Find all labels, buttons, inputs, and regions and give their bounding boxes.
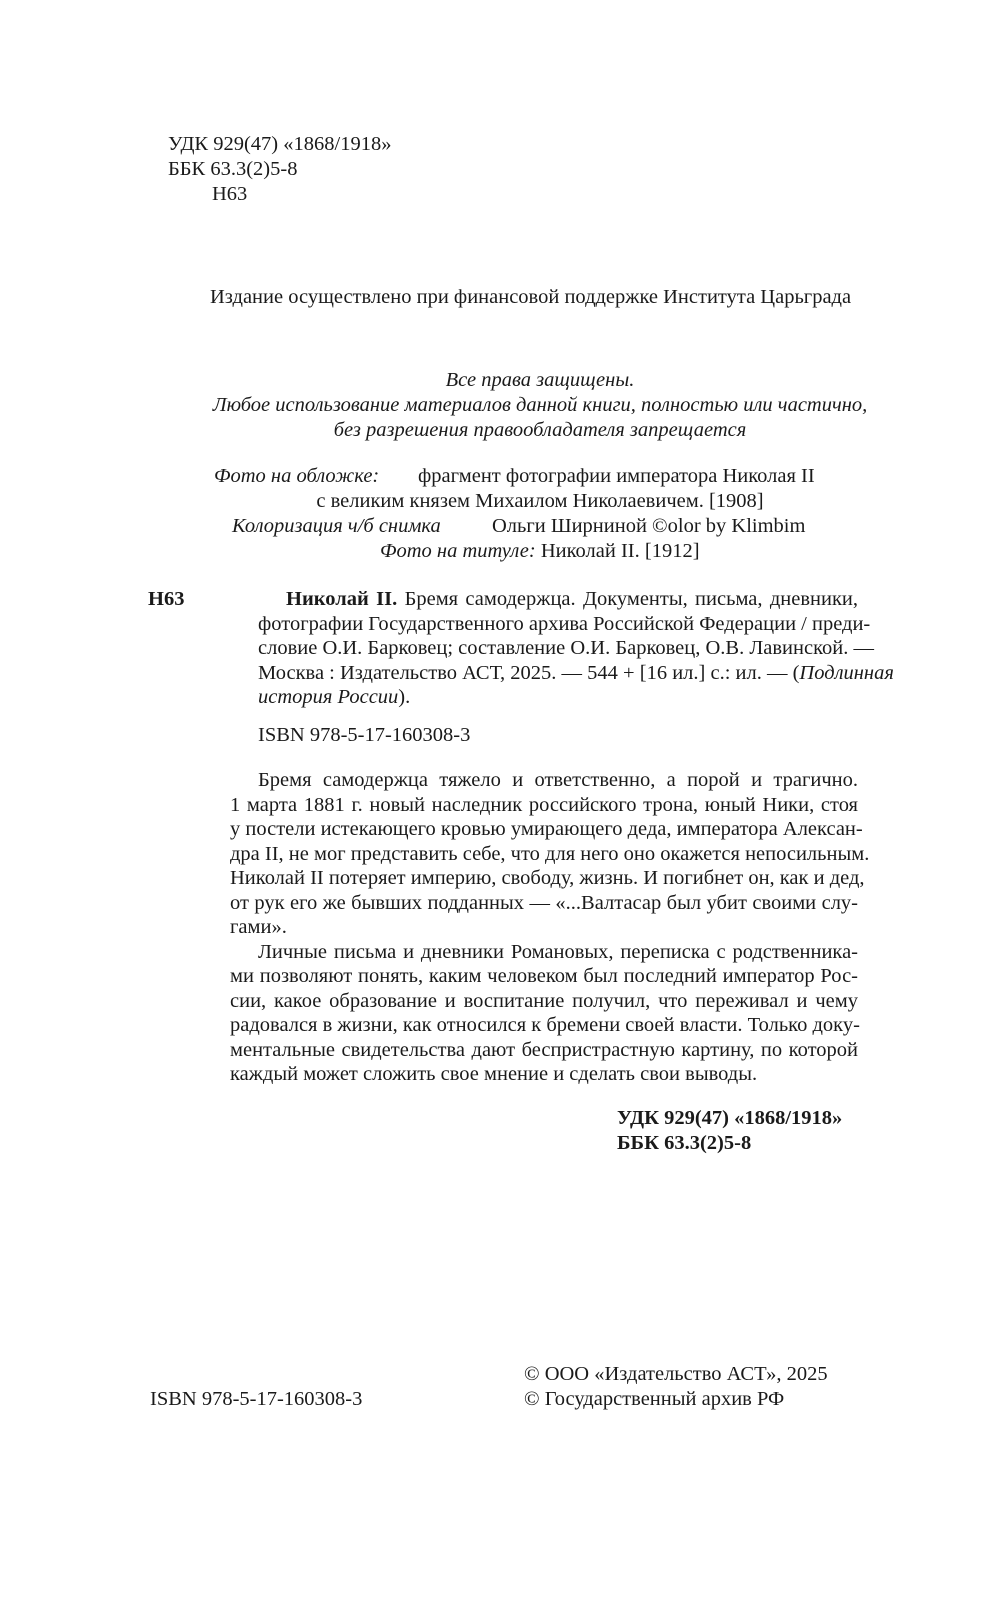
colorization-text: Ольги Ширниной ©olor by Klimbim	[492, 514, 805, 538]
annotation-line: Личные письма и дневники Романовых, пере…	[230, 940, 858, 965]
catalog-isbn: ISBN 978-5-17-160308-3	[258, 723, 470, 747]
annotation-line: Бремя самодержца тяжело и ответственно, …	[230, 768, 858, 793]
udk-bottom: УДК 929(47) «1868/1918»	[617, 1106, 842, 1130]
annotation-line: сии, какое образование и воспитание полу…	[230, 989, 858, 1014]
catalog-mark: Н63	[148, 587, 184, 611]
catalog-series-1: Подлинная	[799, 662, 893, 684]
annotation-line: ментальные свидетельства дают беспристра…	[230, 1038, 858, 1063]
annotation-line: каждый может сложить свое мнение и сдела…	[230, 1062, 858, 1087]
annotation-paragraph-1: Бремя самодержца тяжело и ответственно, …	[230, 768, 858, 940]
rights-line-1: Все права защищены.	[200, 368, 880, 392]
cover-photo-label: Фото на обложке:	[214, 464, 379, 488]
catalog-series-close: ).	[398, 686, 410, 708]
annotation-line: дра II, не мог представить себе, что для…	[230, 842, 858, 867]
sponsor-note: Издание осуществлено при финансовой подд…	[210, 285, 851, 309]
cover-photo-text-1: фрагмент фотографии императора Николая I…	[418, 464, 815, 488]
copyright-archive: © Государственный архив РФ	[524, 1387, 784, 1411]
copyright-publisher: © ООО «Издательство АСТ», 2025	[524, 1362, 828, 1386]
catalog-author: Николай II.	[286, 588, 397, 610]
title-photo-text: Николай II. [1912]	[541, 540, 700, 562]
catalog-line-3: словие О.И. Барковец; составление О.И. Б…	[258, 636, 858, 661]
rights-line-2: Любое использование материалов данной кн…	[200, 393, 880, 417]
footer-isbn: ISBN 978-5-17-160308-3	[150, 1387, 362, 1411]
annotation-line: у постели истекающего кровью умирающего …	[230, 817, 858, 842]
cover-photo-text-2: с великим князем Михаилом Николаевичем. …	[200, 489, 880, 513]
catalog-line-1: Николай II. Бремя самодержца. Документы,…	[258, 587, 858, 612]
catalog-title: Бремя самодержца. Документы, письма, дне…	[405, 588, 858, 610]
annotation-paragraph-2: Личные письма и дневники Романовых, пере…	[230, 940, 858, 1087]
annotation-line: радовался в жизни, как относился к бреме…	[230, 1013, 858, 1038]
author-mark-top: Н63	[212, 182, 247, 206]
catalog-imprint: Москва : Издательство АСТ, 2025. — 544 +…	[258, 662, 799, 684]
rights-line-3: без разрешения правообладателя запрещает…	[200, 418, 880, 442]
annotation-line: от рук его же бывших подданных — «...Вал…	[230, 891, 858, 916]
title-photo: Фото на титуле: Николай II. [1912]	[380, 539, 700, 563]
annotation-line: гами».	[230, 915, 858, 940]
colorization-label: Колоризация ч/б снимка	[232, 514, 441, 538]
catalog-entry: Николай II. Бремя самодержца. Документы,…	[258, 587, 858, 710]
catalog-line-5: история России).	[258, 685, 858, 710]
catalog-line-4: Москва : Издательство АСТ, 2025. — 544 +…	[258, 661, 858, 686]
catalog-series-2: история России	[258, 686, 398, 708]
bbk-top: ББК 63.3(2)5-8	[168, 157, 297, 181]
catalog-line-2: фотографии Государственного архива Росси…	[258, 612, 858, 637]
annotation-line: ми позволяют понять, каким человеком был…	[230, 964, 858, 989]
annotation-line: Николай II потеряет империю, свободу, жи…	[230, 866, 858, 891]
bbk-bottom: ББК 63.3(2)5-8	[617, 1131, 751, 1155]
title-photo-label: Фото на титуле:	[380, 540, 536, 562]
annotation: Бремя самодержца тяжело и ответственно, …	[230, 768, 858, 1087]
udk-top: УДК 929(47) «1868/1918»	[168, 132, 391, 156]
annotation-line: 1 марта 1881 г. новый наследник российск…	[230, 793, 858, 818]
